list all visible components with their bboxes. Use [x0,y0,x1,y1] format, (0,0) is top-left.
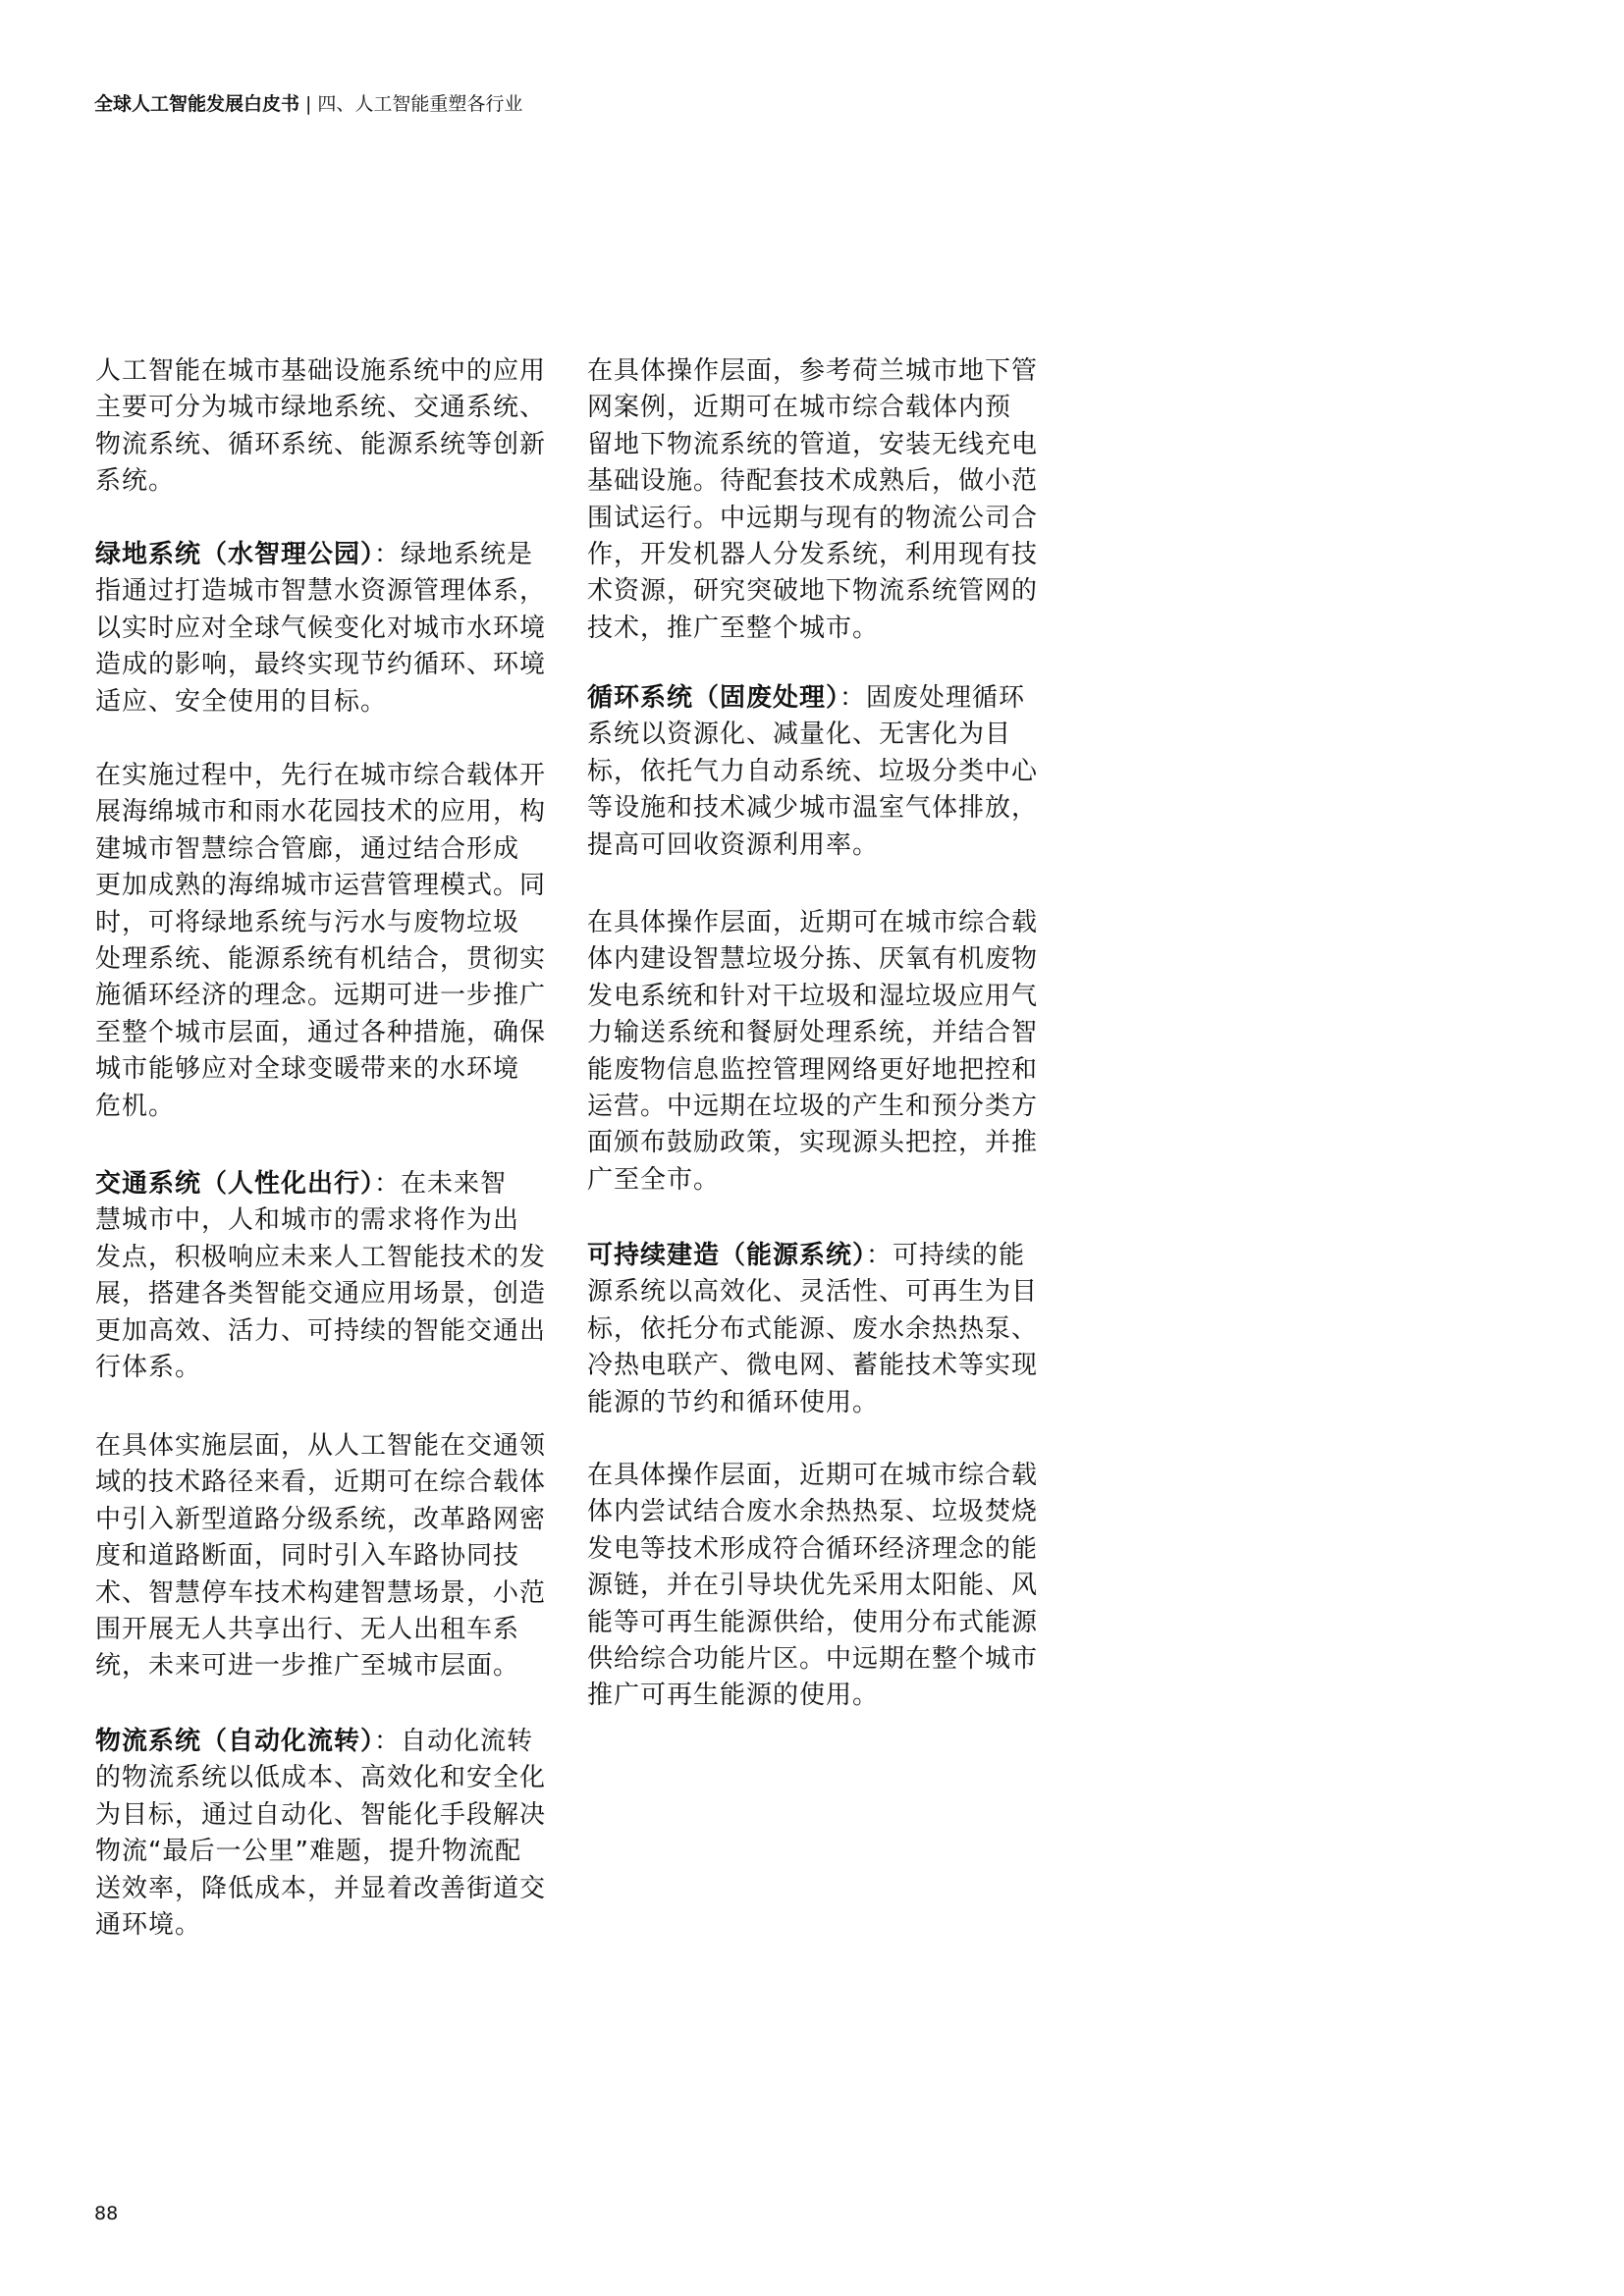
text-line: 基础设施。待配套技术成熟后，做小范 [587,463,1058,500]
paragraph-transport-system: 交通系统（人性化出行）：在未来智 慧城市中，人和城市的需求将作为出 发点，积极响… [95,1166,567,1386]
running-header: 全球人工智能发展白皮书|四、人工智能重塑各行业 [94,92,522,116]
text-line: 度和道路断面，同时引入车路协同技 [95,1538,567,1575]
text-line: 可持续建造（能源系统）：可持续的能 [587,1238,1058,1274]
text-line: 主要可分为城市绿地系统、交通系统、 [95,390,567,426]
text-line: 面颁布鼓励政策，实现源头把控，并推 [587,1125,1058,1161]
text-line: 域的技术路径来看，近期可在综合载体 [95,1465,567,1501]
text-line: 至整个城市层面，通过各种措施，确保 [95,1015,567,1051]
section-lead-heading: 绿地系统（水智理公园） [95,540,374,569]
text-line: 统，未来可进一步推广至城市层面。 [95,1648,567,1684]
text-line: 系统以资源化、减量化、无害化为目 [587,717,1058,753]
text-line: 以实时应对全球气候变化对城市水环境 [95,611,567,647]
text-line: 展海绵城市和雨水花园技术的应用，构 [95,794,567,830]
text-line: 送效率，降低成本，并显着改善街道交 [95,1871,567,1907]
text-line: 提高可回收资源利用率。 [587,828,1058,864]
text-line: 绿地系统（水智理公园）：绿地系统是 [95,537,567,573]
paragraph-intro: 人工智能在城市基础设施系统中的应用 主要可分为城市绿地系统、交通系统、 物流系统… [95,353,567,501]
text-line: 物流系统、循环系统、能源系统等创新 [95,427,567,463]
text-line: 时，可将绿地系统与污水与废物垃圾 [95,905,567,941]
text-line: 力输送系统和餐厨处理系统，并结合智 [587,1015,1058,1051]
text-line: 物流“最后一公里”难题，提升物流配 [95,1834,567,1870]
paragraph-transport-implementation: 在具体实施层面，从人工智能在交通领 域的技术路径来看，近期可在综合载体 中引入新… [95,1428,567,1685]
text-line: 术、智慧停车技术构建智慧场景，小范 [95,1575,567,1612]
paragraph-energy-system: 可持续建造（能源系统）：可持续的能 源系统以高效化、灵活性、可再生为目 标，依托… [587,1238,1058,1421]
paragraph-recycling-implementation: 在具体操作层面，近期可在城市综合载 体内建设智慧垃圾分拣、厌氧有机废物 发电系统… [587,905,1058,1199]
section-lead-heading: 可持续建造（能源系统） [587,1241,866,1270]
text-line: 能源的节约和循环使用。 [587,1385,1058,1421]
text-line: 造成的影响，最终实现节约循环、环境 [95,647,567,683]
lead-suffix: ：可持续的能 [866,1241,1025,1270]
text-line: 源链，并在引导块优先采用太阳能、风 [587,1568,1058,1604]
document-title: 全球人工智能发展白皮书 [94,93,299,115]
text-line: 等设施和技术减少城市温室气体排放， [587,790,1058,827]
text-line: 人工智能在城市基础设施系统中的应用 [95,353,567,390]
page-number: 88 [94,2203,118,2224]
text-line: 在具体操作层面，参考荷兰城市地下管 [587,353,1058,390]
text-line: 物流系统（自动化流转）：自动化流转 [95,1724,567,1760]
paragraph-green-implementation: 在实施过程中，先行在城市综合载体开 展海绵城市和雨水花园技术的应用，构 建城市智… [95,758,567,1125]
text-line: 标，依托分布式能源、废水余热热泵、 [587,1311,1058,1348]
text-line: 能等可再生能源供给，使用分布式能源 [587,1605,1058,1641]
header-separator: | [305,93,311,115]
text-line: 指通过打造城市智慧水资源管理体系， [95,573,567,610]
text-line: 交通系统（人性化出行）：在未来智 [95,1166,567,1202]
text-line: 源系统以高效化、灵活性、可再生为目 [587,1274,1058,1310]
text-line: 行体系。 [95,1350,567,1386]
text-line: 广至全市。 [587,1162,1058,1199]
section-lead-heading: 交通系统（人性化出行） [95,1169,374,1199]
text-line: 中引入新型道路分级系统，改革路网密 [95,1502,567,1538]
text-line: 系统。 [95,463,567,500]
text-line: 体内建设智慧垃圾分拣、厌氧有机废物 [587,941,1058,978]
text-line: 术资源，研究突破地下物流系统管网的 [587,573,1058,610]
text-line: 体内尝试结合废水余热热泵、垃圾焚烧 [587,1494,1058,1530]
text-line: 更加高效、活力、可持续的智能交通出 [95,1313,567,1350]
section-lead-heading: 物流系统（自动化流转） [95,1727,374,1756]
text-line: 循环系统（固废处理）：固废处理循环 [587,680,1058,717]
text-line: 在具体操作层面，近期可在城市综合载 [587,1458,1058,1494]
lead-suffix: ：绿地系统是 [374,540,533,569]
text-line: 技术，推广至整个城市。 [587,611,1058,647]
paragraph-energy-implementation: 在具体操作层面，近期可在城市综合载 体内尝试结合废水余热热泵、垃圾焚烧 发电等技… [587,1458,1058,1715]
text-line: 慧城市中，人和城市的需求将作为出 [95,1202,567,1239]
lead-suffix: ：固废处理循环 [839,683,1025,713]
text-line: 危机。 [95,1089,567,1125]
paragraph-logistics-implementation: 在具体操作层面，参考荷兰城市地下管 网案例，近期可在城市综合载体内预 留地下物流… [587,353,1058,647]
section-title: 四、人工智能重塑各行业 [317,93,522,115]
text-line: 城市能够应对全球变暖带来的水环境 [95,1051,567,1088]
lead-suffix: ：自动化流转 [374,1727,533,1756]
text-line: 更加成熟的海绵城市运营管理模式。同 [95,868,567,904]
text-line: 能废物信息监控管理网络更好地把控和 [587,1052,1058,1089]
text-line: 为目标，通过自动化、智能化手段解决 [95,1797,567,1834]
text-line: 发电等技术形成符合循环经济理念的能 [587,1531,1058,1568]
text-line: 在实施过程中，先行在城市综合载体开 [95,758,567,794]
text-line: 施循环经济的理念。远期可进一步推广 [95,978,567,1014]
paragraph-green-system: 绿地系统（水智理公园）：绿地系统是 指通过打造城市智慧水资源管理体系， 以实时应… [95,537,567,721]
text-line: 供给综合功能片区。中远期在整个城市 [587,1641,1058,1678]
paragraph-logistics-system: 物流系统（自动化流转）：自动化流转 的物流系统以低成本、高效化和安全化 为目标，… [95,1724,567,1944]
text-line: 处理系统、能源系统有机结合，贯彻实 [95,941,567,978]
text-line: 留地下物流系统的管道，安装无线充电 [587,427,1058,463]
text-line: 运营。中远期在垃圾的产生和预分类方 [587,1089,1058,1125]
text-line: 发电系统和针对干垃圾和湿垃圾应用气 [587,979,1058,1015]
text-line: 通环境。 [95,1907,567,1944]
text-line: 发点，积极响应未来人工智能技术的发 [95,1240,567,1276]
text-line: 围试运行。中远期与现有的物流公司合 [587,501,1058,537]
text-line: 标，依托气力自动系统、垃圾分类中心 [587,754,1058,790]
text-line: 冷热电联产、微电网、蓄能技术等实现 [587,1348,1058,1384]
lead-suffix: ：在未来智 [374,1169,507,1199]
text-line: 围开展无人共享出行、无人出租车系 [95,1612,567,1648]
text-line: 建城市智慧综合管廊，通过结合形成 [95,831,567,868]
text-line: 作，开发机器人分发系统，利用现有技 [587,537,1058,573]
text-line: 适应、安全使用的目标。 [95,684,567,721]
text-line: 在具体实施层面，从人工智能在交通领 [95,1428,567,1465]
text-line: 展，搭建各类智能交通应用场景，创造 [95,1276,567,1312]
section-lead-heading: 循环系统（固废处理） [587,683,839,713]
text-line: 推广可再生能源的使用。 [587,1678,1058,1714]
paragraph-recycling-system: 循环系统（固废处理）：固废处理循环 系统以资源化、减量化、无害化为目 标，依托气… [587,680,1058,864]
text-line: 网案例，近期可在城市综合载体内预 [587,390,1058,426]
text-line: 在具体操作层面，近期可在城市综合载 [587,905,1058,941]
text-line: 的物流系统以低成本、高效化和安全化 [95,1760,567,1796]
